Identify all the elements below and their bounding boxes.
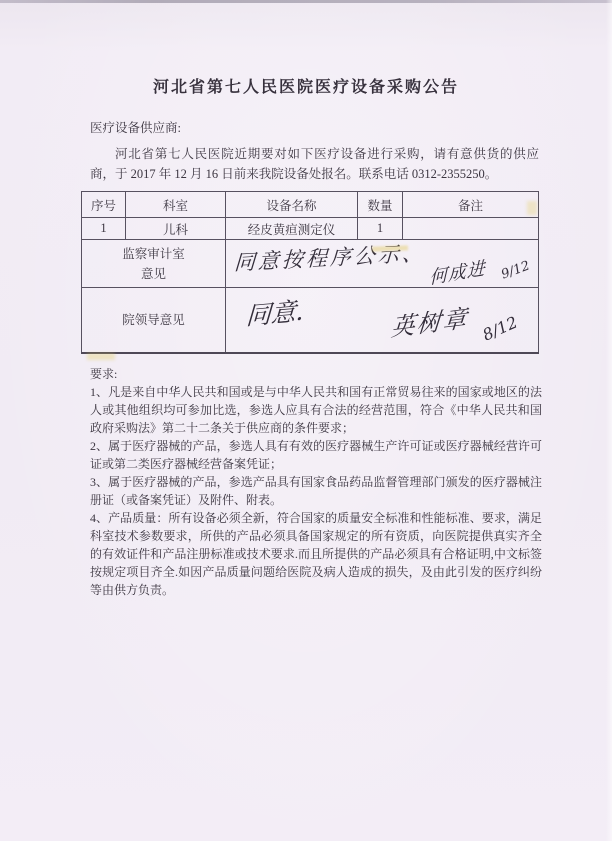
leader-signature: 英树章 [390,298,471,343]
audit-signature-date: 9/12 [499,258,532,282]
leader-signature-date: 8/12 [480,313,521,345]
column-header-device-name: 设备名称 [226,192,358,218]
audit-signature: 何成进 [429,254,485,290]
column-header-department: 科室 [126,192,226,218]
audit-opinion-label-line2: 意见 [82,264,225,284]
cell-quantity: 1 [358,218,403,240]
audit-opinion-content: 同意按程序公示、 何成进 9/12 [226,240,539,288]
column-header-remark: 备注 [403,192,539,218]
cell-remark [403,218,539,240]
audit-handwritten-note: 同意按程序公示、 [233,237,426,277]
audit-opinion-label-line1: 监察审计室 [82,244,225,264]
table-header-row: 序号 科室 设备名称 数量 备注 [82,192,539,218]
cell-device-name: 经皮黄疸测定仪 [226,218,358,240]
requirements-section: 要求: 1、凡是来自中华人民共和国或是与中华人民共和国有正常贸易往来的国家或地区… [90,365,542,599]
column-header-index: 序号 [82,192,126,218]
salutation-line: 医疗设备供应商: [90,118,612,136]
leader-opinion-row: 院领导意见 同意. 英树章 8/12 [82,288,539,354]
requirement-item-3: 3、属于医疗器械的产品，参选产品具有国家食品药品监督管理部门颁发的医疗器械注册证… [90,473,542,509]
requirement-item-1: 1、凡是来自中华人民共和国或是与中华人民共和国有正常贸易往来的国家或地区的法人或… [90,383,542,437]
procurement-table: 序号 科室 设备名称 数量 备注 1 儿科 经皮黄疸测定仪 1 监察审计室 意见… [81,191,539,354]
audit-opinion-row: 监察审计室 意见 同意按程序公示、 何成进 9/12 [82,240,539,288]
audit-opinion-label: 监察审计室 意见 [82,240,226,288]
column-header-quantity: 数量 [358,192,403,218]
leader-handwritten-note: 同意. [245,291,305,332]
leader-opinion-label: 院领导意见 [82,288,226,354]
scan-edge-artifact-top [0,0,612,3]
leader-opinion-content: 同意. 英树章 8/12 [226,288,539,354]
table-row: 1 儿科 经皮黄疸测定仪 1 [82,218,539,240]
scan-edge-artifact-right [606,0,612,841]
scanned-document-page: 河北省第七人民医院医疗设备采购公告 医疗设备供应商: 河北省第七人民医院近期要对… [0,0,612,841]
scan-highlight-artifact [87,353,115,360]
cell-department: 儿科 [126,218,226,240]
cell-index: 1 [82,218,126,240]
intro-paragraph: 河北省第七人民医院近期要对如下医疗设备进行采购，请有意供货的供应商，于 2017… [90,144,539,184]
requirement-item-2: 2、属于医疗器械的产品，参选人具有有效的医疗器械生产许可证或医疗器械经营许可证或… [90,437,542,473]
page-title: 河北省第七人民医院医疗设备采购公告 [0,0,612,97]
requirement-item-4: 4、产品质量：所有设备必须全新，符合国家的质量安全标准和性能标准、要求，满足科室… [90,509,542,599]
requirements-heading: 要求: [90,365,542,383]
